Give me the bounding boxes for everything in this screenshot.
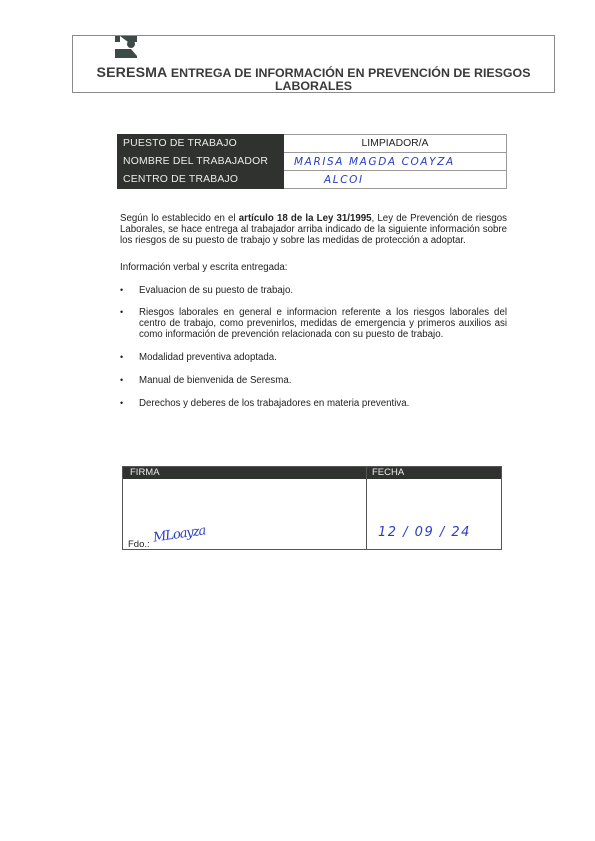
bullet-icon: • bbox=[120, 398, 123, 409]
worker-name-value: MARISA MAGDA COAYZA bbox=[284, 156, 455, 168]
legal-reference: artículo 18 de la Ley 31/1995 bbox=[239, 213, 372, 224]
seresma-s-logo-icon bbox=[115, 36, 137, 58]
worker-info-table: PUESTO DE TRABAJO LIMPIADOR/A NOMBRE DEL… bbox=[117, 134, 507, 189]
worker-name-label: NOMBRE DEL TRABAJADOR bbox=[118, 153, 284, 171]
legal-paragraph: Según lo establecido en el artículo 18 d… bbox=[120, 213, 507, 247]
bullet-icon: • bbox=[120, 352, 123, 363]
fdo-label: Fdo.: bbox=[128, 539, 150, 550]
signature-table: FIRMA FECHA Fdo.: MLoayza 12 / 09 / 24 bbox=[122, 466, 502, 550]
firma-label: FIRMA bbox=[130, 467, 160, 479]
work-center-label: CENTRO DE TRABAJO bbox=[118, 171, 284, 189]
job-position-value: LIMPIADOR/A bbox=[284, 135, 507, 153]
document-header: SERESMA ENTREGA DE INFORMACIÓN EN PREVEN… bbox=[72, 35, 555, 93]
column-divider bbox=[366, 467, 367, 549]
signature-table-header: FIRMA FECHA bbox=[123, 467, 501, 479]
table-row: NOMBRE DEL TRABAJADOR MARISA MAGDA COAYZ… bbox=[118, 153, 507, 171]
table-row: PUESTO DE TRABAJO LIMPIADOR/A bbox=[118, 135, 507, 153]
legal-text-pre: Según lo establecido en el bbox=[120, 213, 239, 224]
handwritten-date: 12 / 09 / 24 bbox=[378, 525, 471, 540]
info-delivered-heading: Información verbal y escrita entregada: bbox=[120, 262, 507, 273]
work-center-value: ALCOI bbox=[284, 174, 364, 186]
job-position-label: PUESTO DE TRABAJO bbox=[118, 135, 284, 153]
bullet-icon: • bbox=[120, 375, 123, 386]
handwritten-signature: MLoayza bbox=[152, 523, 206, 545]
header-title: ENTREGA DE INFORMACIÓN EN PREVENCIÓN DE … bbox=[171, 66, 531, 80]
header-title-line2: LABORALES bbox=[73, 79, 554, 93]
bullet-icon: • bbox=[120, 285, 123, 296]
bullet-icon: • bbox=[120, 307, 123, 318]
table-row: CENTRO DE TRABAJO ALCOI bbox=[118, 171, 507, 189]
fecha-label: FECHA bbox=[372, 467, 404, 479]
